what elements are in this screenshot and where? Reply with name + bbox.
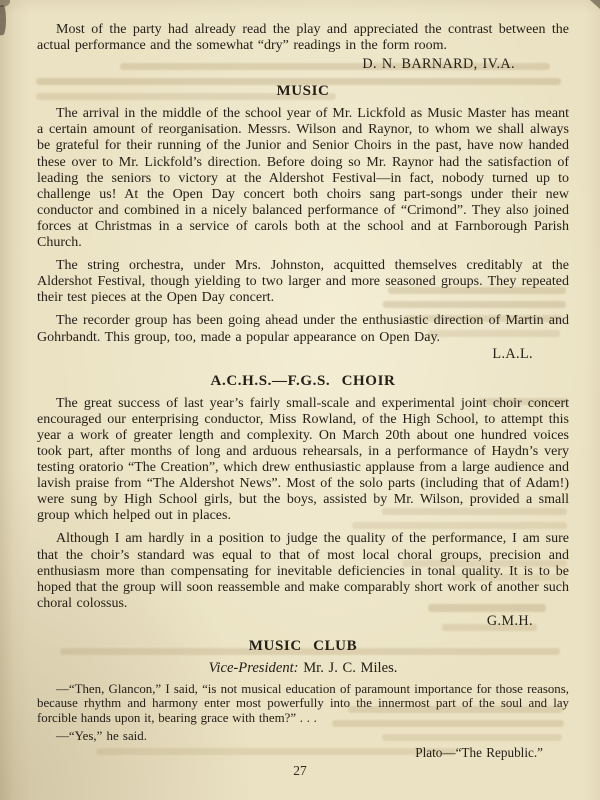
choir-paragraph-1: The great success of last year’s fairly …	[37, 396, 569, 525]
vice-president-line: Vice-President: Mr. J. C. Miles.	[37, 659, 569, 677]
magazine-scanned-page: Most of the party had already read the p…	[0, 0, 600, 800]
choir-section-heading: A.C.H.S.—F.G.S. CHOIR	[37, 373, 569, 390]
scan-corner-mark-top-left-small	[0, 0, 10, 7]
music-paragraph-2: The string orchestra, under Mrs. Johnsto…	[37, 258, 569, 306]
plato-quote-reply: —“Yes,” he said.	[37, 729, 569, 743]
music-section-heading: MUSIC	[37, 83, 569, 100]
quote-attribution: Plato—“The Republic.”	[37, 745, 569, 760]
vice-president-name: Mr. J. C. Miles.	[303, 660, 397, 676]
scan-corner-mark-top-right	[590, 0, 600, 9]
choir-paragraph-2: Although I am hardly in a position to ju…	[37, 531, 569, 611]
page-number: 27	[0, 763, 600, 779]
music-club-section-heading: MUSIC CLUB	[37, 638, 569, 655]
intro-signature: D. N. BARNARD, IV.A.	[37, 56, 569, 72]
music-paragraph-3: The recorder group has been going ahead …	[37, 313, 569, 345]
music-signature: L.A.L.	[37, 346, 569, 362]
vice-president-label: Vice-President:	[209, 660, 299, 676]
plato-quote-paragraph: —“Then, Glancon,” I said, “is not musica…	[37, 682, 569, 725]
page-content: Most of the party had already read the p…	[37, 22, 569, 760]
intro-paragraph: Most of the party had already read the p…	[37, 22, 569, 54]
scan-corner-mark-top-left	[0, 5, 6, 36]
choir-signature: G.M.H.	[37, 613, 569, 629]
music-paragraph-1: The arrival in the middle of the school …	[37, 106, 569, 251]
